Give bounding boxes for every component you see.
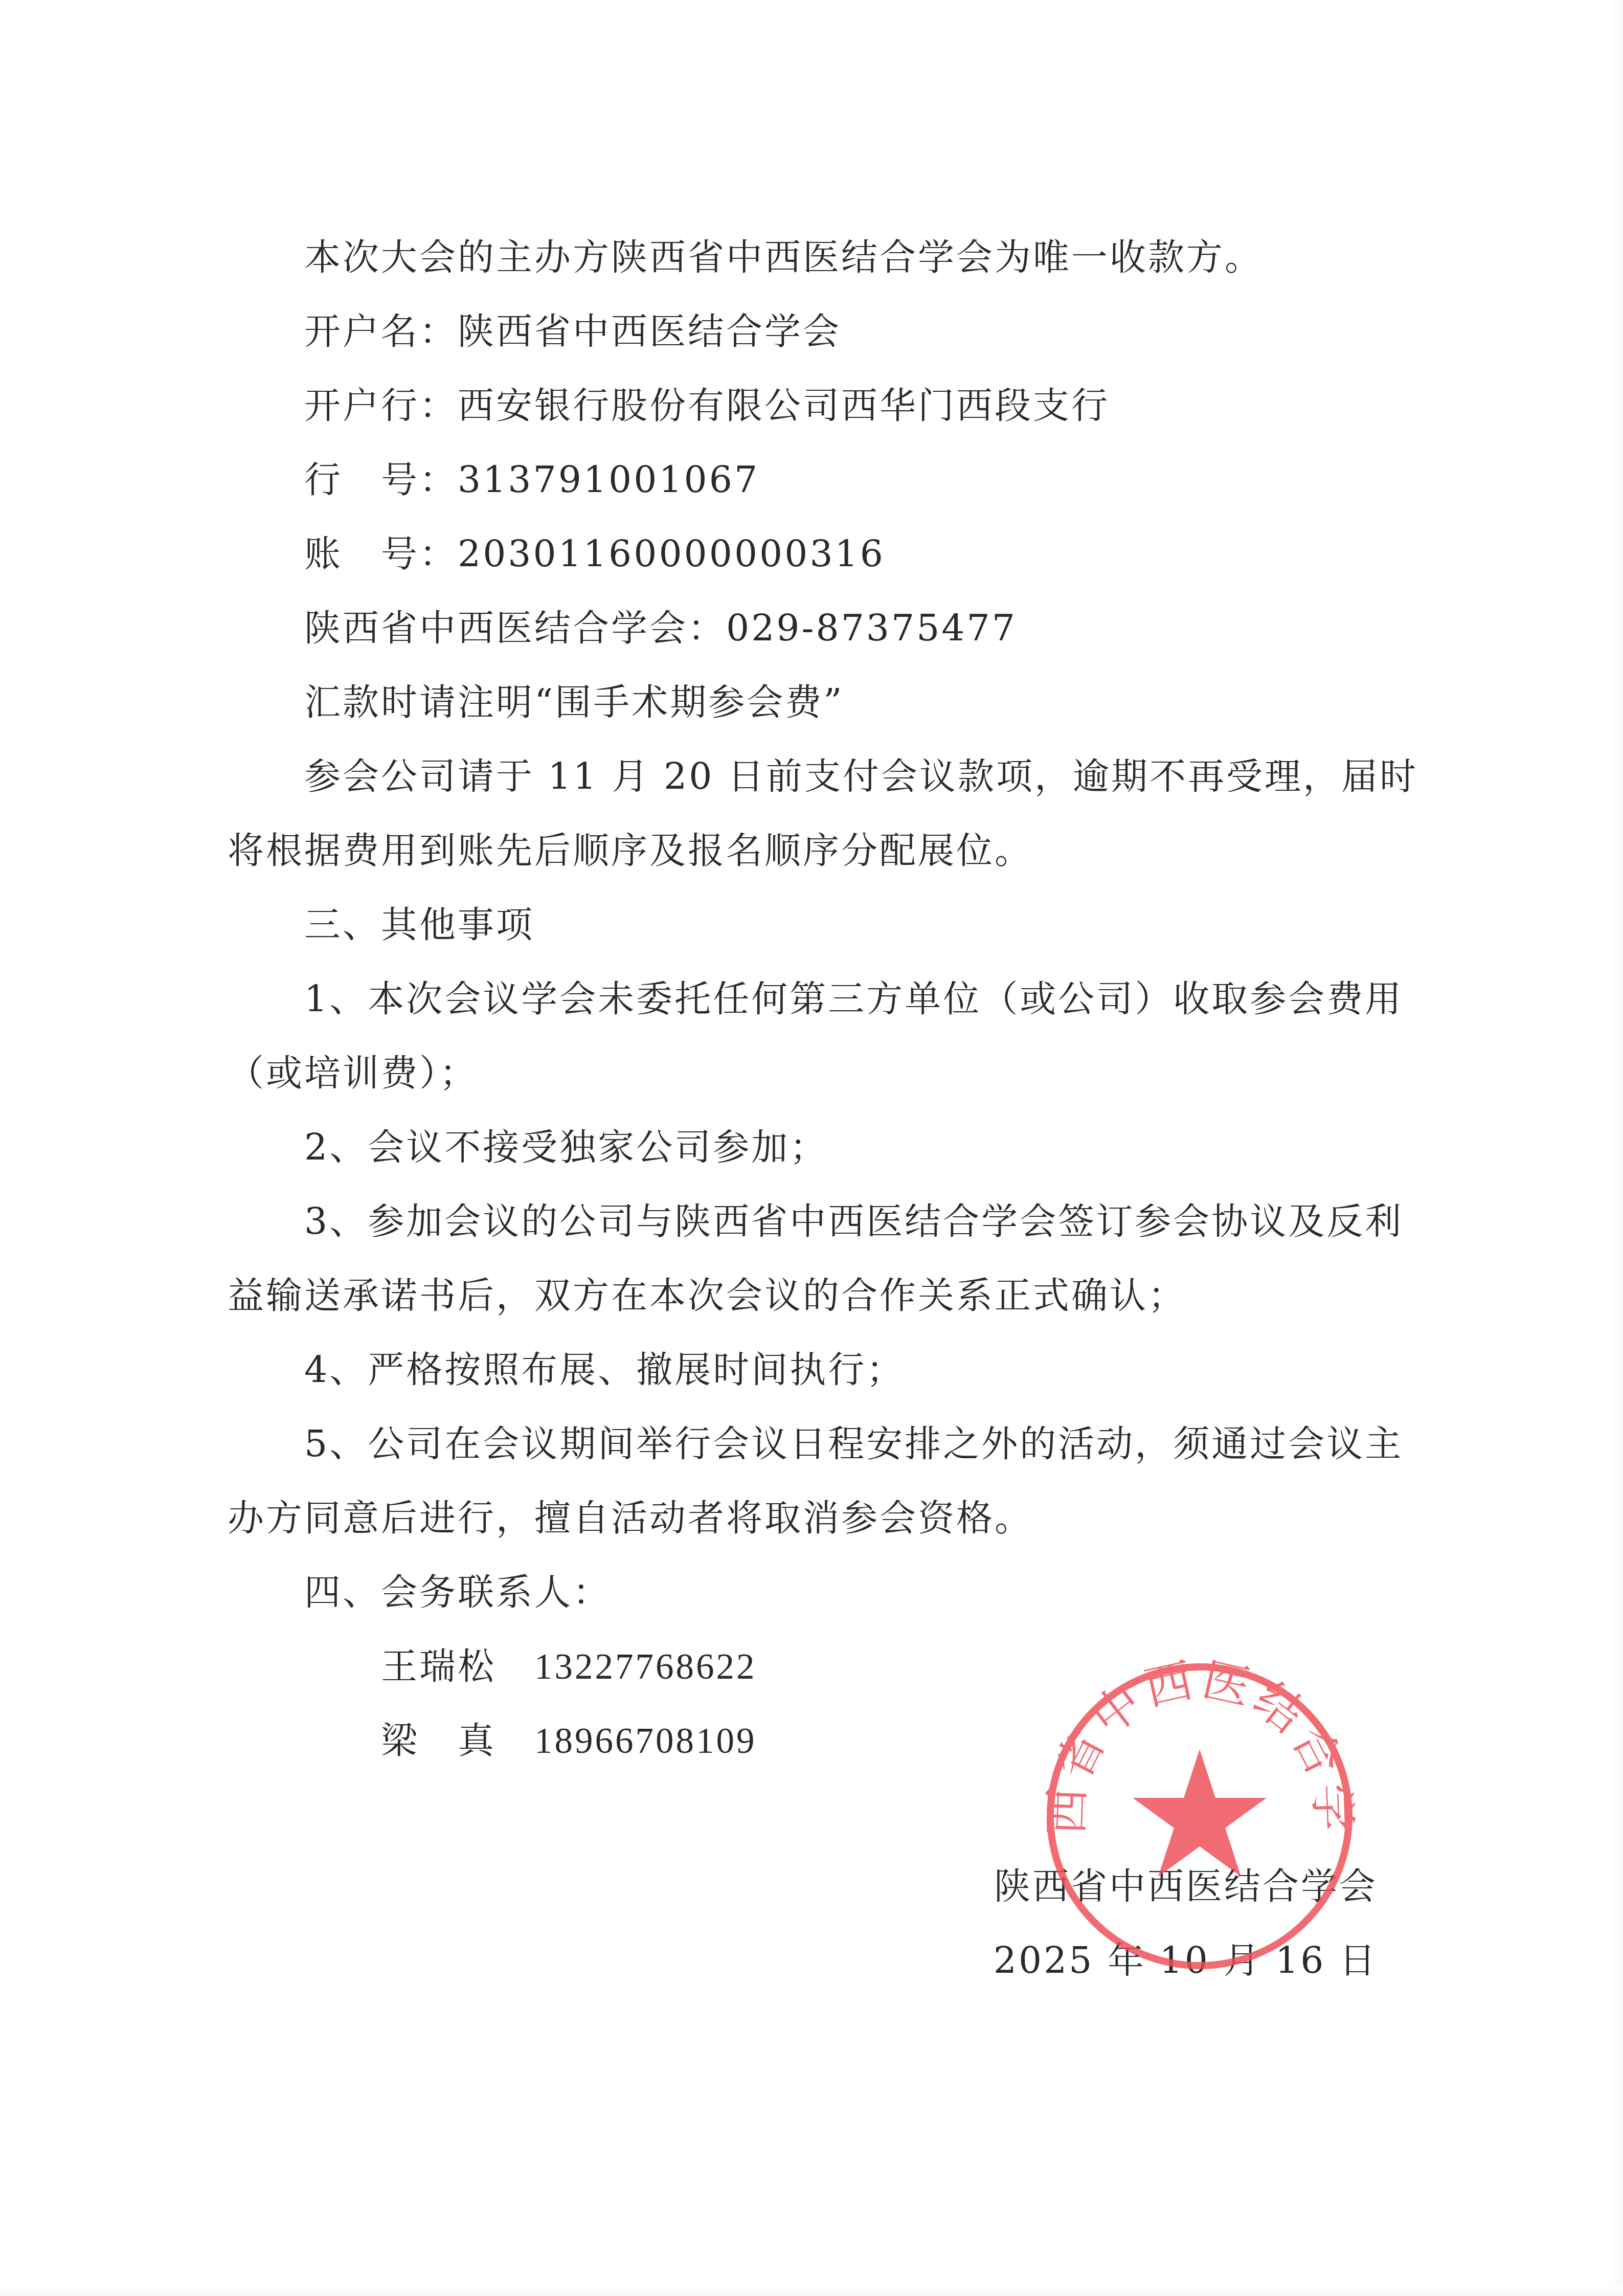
contact-row: 梁 真18966708109	[228, 1703, 1383, 1777]
item-1-cont: （或培训费）；	[228, 1036, 1383, 1110]
remittance-note-line: 汇款时请注明“围手术期参会费”	[228, 665, 1383, 739]
item-3: 3、参加会议的公司与陕西省中西医结合学会签订参会协议及反利	[228, 1184, 1383, 1258]
document-page: 本次大会的主办方陕西省中西医结合学会为唯一收款方。 开户名：陕西省中西医结合学会…	[0, 0, 1623, 2296]
scan-edge	[0, 2285, 1623, 2296]
item-1: 1、本次会议学会未委托任何第三方单位（或公司）收取参会费用	[228, 962, 1383, 1036]
section-heading-other: 三、其他事项	[228, 887, 1383, 962]
scan-edge	[1612, 0, 1623, 2296]
signature-org: 陕西省中西医结合学会	[994, 1849, 1378, 1923]
contact-phone: 18966708109	[534, 1721, 757, 1761]
contact-phone: 13227768622	[534, 1647, 757, 1687]
contact-name: 梁 真	[381, 1703, 534, 1777]
document-body: 本次大会的主办方陕西省中西医结合学会为唯一收款方。 开户名：陕西省中西医结合学会…	[228, 220, 1383, 1777]
payment-deadline-line: 参会公司请于 11 月 20 日前支付会议款项，逾期不再受理，届时	[228, 739, 1383, 813]
bank-name-line: 开户行：西安银行股份有限公司西华门西段支行	[228, 368, 1383, 442]
section-heading-contacts: 四、会务联系人：	[228, 1555, 1383, 1629]
signature-date: 2025 年 10 月 16 日	[994, 1923, 1378, 1997]
contact-row: 王瑞松13227768622	[228, 1629, 1383, 1703]
item-4: 4、严格按照布展、撤展时间执行；	[228, 1332, 1383, 1407]
phone-line: 陕西省中西医结合学会：029-87375477	[228, 591, 1383, 665]
paragraph-payee-notice: 本次大会的主办方陕西省中西医结合学会为唯一收款方。	[228, 220, 1383, 294]
account-number-line: 账 号：20301160000000316	[228, 517, 1383, 591]
bank-code-line: 行 号：313791001067	[228, 442, 1383, 517]
contact-name: 王瑞松	[381, 1629, 534, 1703]
item-5: 5、公司在会议期间举行会议日程安排之外的活动，须通过会议主	[228, 1407, 1383, 1481]
account-name-line: 开户名：陕西省中西医结合学会	[228, 294, 1383, 368]
item-2: 2、会议不接受独家公司参加；	[228, 1110, 1383, 1184]
payment-deadline-cont: 将根据费用到账先后顺序及报名顺序分配展位。	[228, 813, 1383, 887]
item-5-cont: 办方同意后进行，擅自活动者将取消参会资格。	[228, 1481, 1383, 1555]
item-3-cont: 益输送承诺书后，双方在本次会议的合作关系正式确认；	[228, 1258, 1383, 1332]
signature-block: 陕西省中西医结合学会 2025 年 10 月 16 日	[994, 1849, 1378, 1997]
